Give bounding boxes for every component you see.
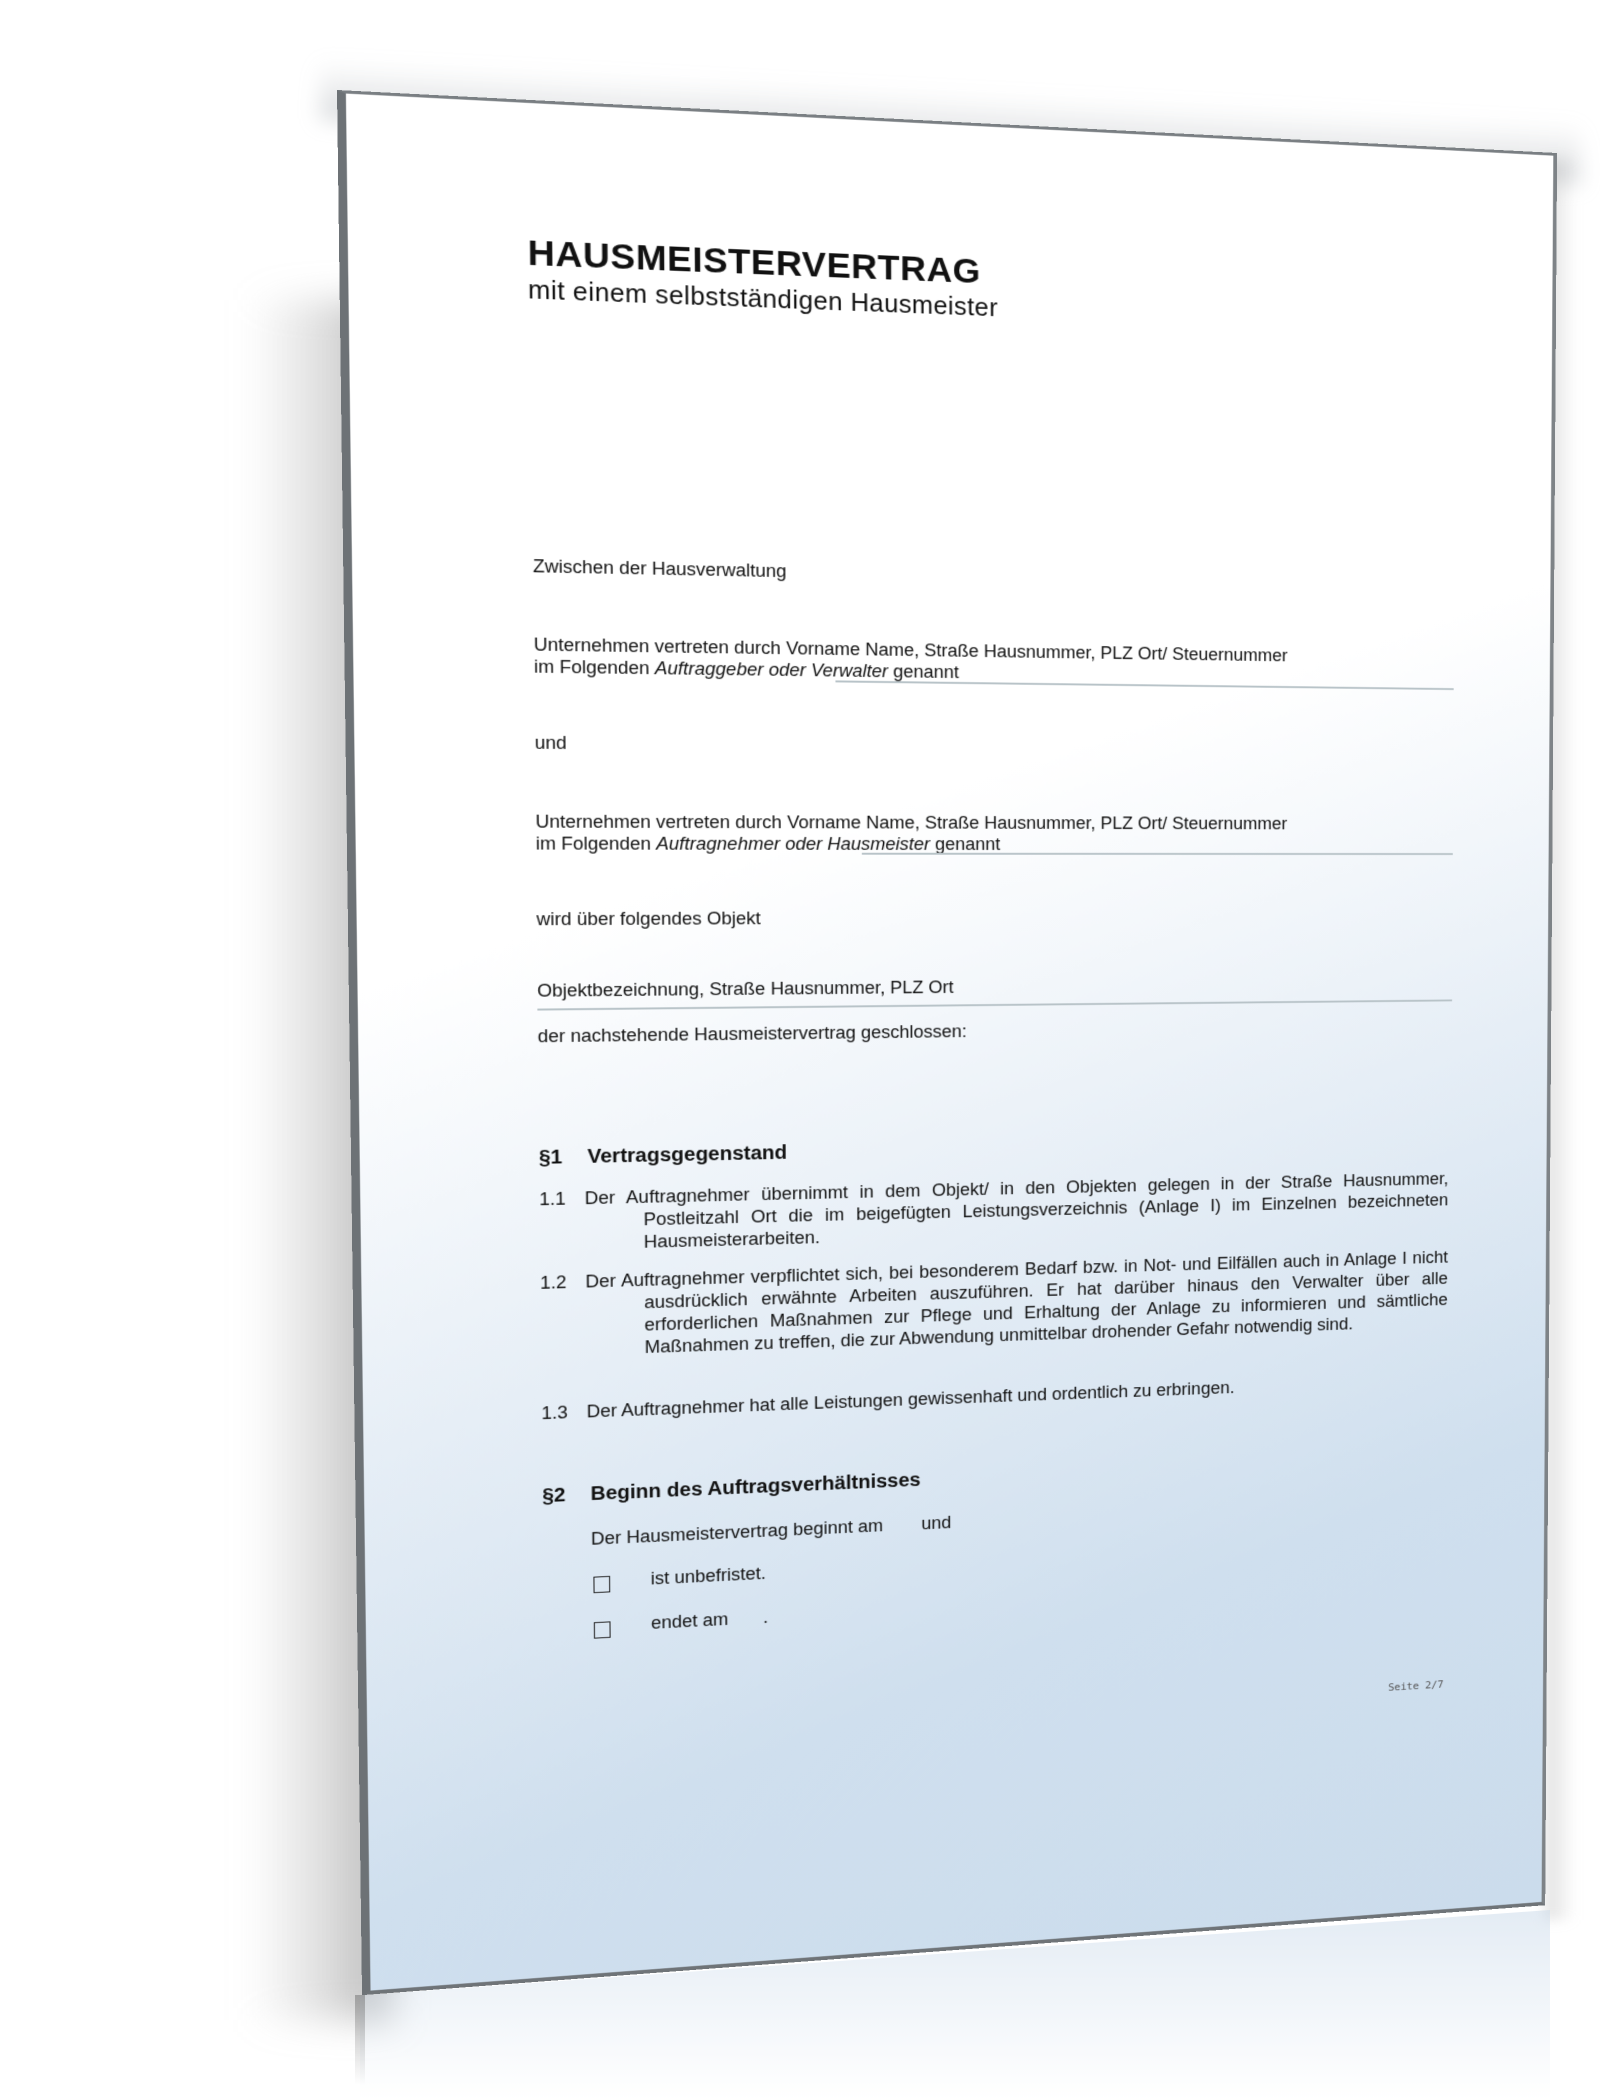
clause-number: 1.3: [541, 1402, 568, 1425]
party2-prefix: im Folgenden: [536, 834, 657, 854]
page-reflection-edge: [355, 1995, 365, 2085]
end-date-checkbox[interactable]: [594, 1621, 611, 1638]
party1-prefix: im Folgenden: [534, 657, 655, 679]
clause-number: 1.2: [540, 1271, 567, 1294]
start-date-line: Der Hausmeistervertrag beginnt am und: [591, 1513, 951, 1550]
end-date-suffix: .: [763, 1607, 768, 1626]
object-intro-text: wird über folgendes Objekt: [536, 909, 761, 931]
section-1-number: §1: [539, 1146, 588, 1170]
clause-1-3: 1.3 Der Auftragnehmer hat alle Leistunge…: [541, 1369, 1447, 1425]
clause-text: Der Auftragnehmer hat alle Leistungen ge…: [587, 1369, 1448, 1423]
and-text: und: [535, 733, 567, 754]
party2-suffix: genannt: [930, 834, 1000, 853]
party2-line1: Unternehmen vertreten durch Vorname Name…: [535, 812, 1287, 834]
clause-text: Der Auftragnehmer verpflichtet sich, bei…: [585, 1247, 1448, 1361]
section-2-heading: §2Beginn des Auftragsverhältnisses: [542, 1470, 921, 1508]
clause-1-2: 1.2 Der Auftragnehmer verpflichtet sich,…: [540, 1247, 1448, 1363]
end-date-blank[interactable]: [734, 1623, 759, 1624]
party2-line2: im Folgenden Auftragnehmer oder Hausmeis…: [536, 834, 1001, 855]
object-fill-line: [537, 999, 1452, 1010]
party2-fill-line: [862, 853, 1453, 855]
intro-text: Zwischen der Hausverwaltung: [533, 556, 787, 582]
clause-number: 1.1: [539, 1188, 566, 1211]
start-date-blank[interactable]: [888, 1530, 916, 1531]
start-date-suffix: und: [921, 1513, 951, 1533]
section-1-title: Vertragsgegenstand: [587, 1142, 787, 1167]
end-date-line: endet am .: [651, 1607, 768, 1633]
section-1-heading: §1Vertragsgegenstand: [539, 1142, 787, 1169]
section-2-number: §2: [542, 1484, 591, 1508]
party1-fill-line: [835, 680, 1453, 690]
party1-role: Auftraggeber oder Verwalter: [655, 658, 888, 681]
document-preview-stage: HAUSMEISTERVERTRAG mit einem selbstständ…: [0, 0, 1600, 2100]
page-number: Seite 2/7: [1388, 1678, 1443, 1693]
clause-text: Der Auftragnehmer übernimmt in dem Objek…: [585, 1168, 1449, 1255]
unlimited-checkbox[interactable]: [593, 1576, 610, 1593]
section-2-title: Beginn des Auftragsverhältnisses: [590, 1470, 920, 1505]
closing-text: der nachstehende Hausmeistervertrag gesc…: [538, 1022, 967, 1048]
unlimited-label: ist unbefristet.: [651, 1563, 766, 1589]
party1-suffix: genannt: [888, 662, 959, 682]
end-date-label: endet am: [651, 1609, 728, 1632]
document-page: HAUSMEISTERVERTRAG mit einem selbstständ…: [337, 90, 1557, 1995]
clause-1-1: 1.1 Der Auftragnehmer übernimmt in dem O…: [539, 1168, 1448, 1256]
party2-role: Auftragnehmer oder Hausmeister: [656, 834, 930, 854]
start-date-text: Der Hausmeistervertrag beginnt am: [591, 1516, 883, 1549]
object-text: Objektbezeichnung, Straße Hausnummer, PL…: [537, 977, 953, 1001]
